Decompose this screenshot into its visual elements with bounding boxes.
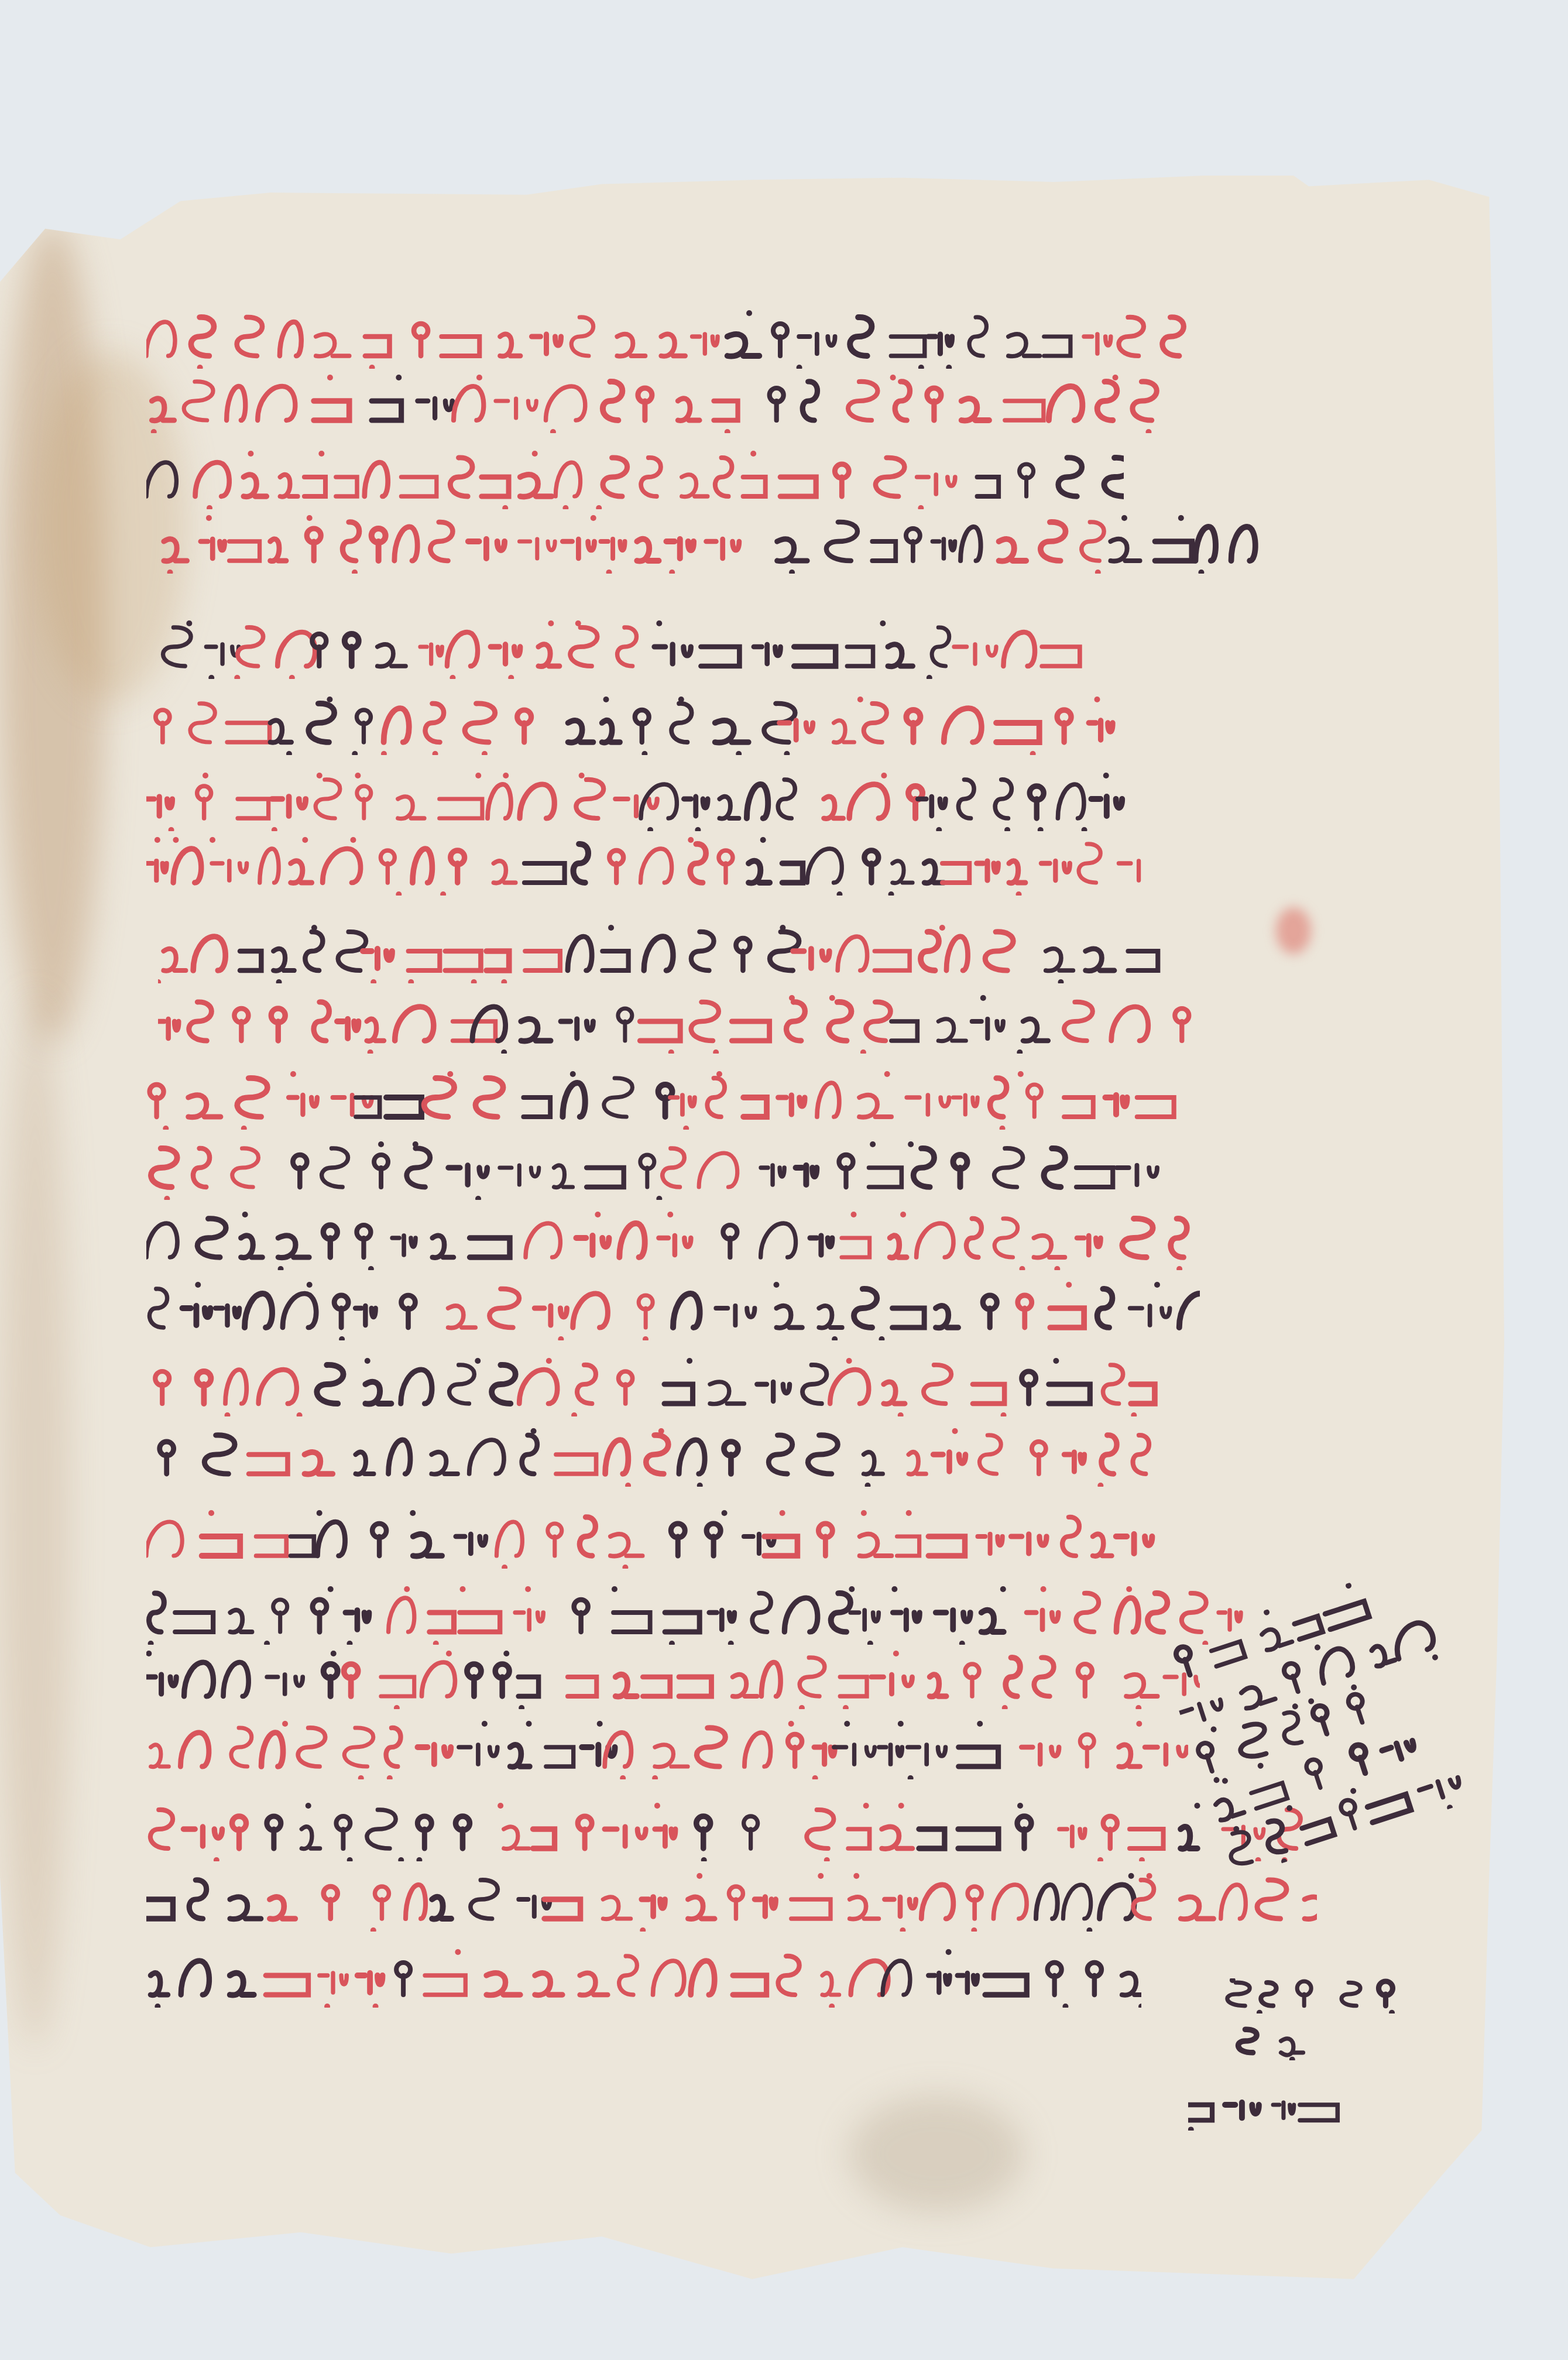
- manuscript-line: [146, 1141, 1171, 1200]
- manuscript-line: [158, 620, 1094, 679]
- marginal-note: [1235, 2025, 1340, 2060]
- manuscript-line: [146, 697, 1135, 755]
- manuscript-line: [146, 1651, 1200, 1709]
- manuscript-line: [146, 1282, 1200, 1340]
- manuscript-line: [158, 925, 1182, 983]
- manuscript-line: [146, 1721, 1188, 1779]
- manuscript-line: [146, 375, 1171, 433]
- manuscript-line: [146, 1358, 1182, 1416]
- manuscript-line: [146, 1803, 1317, 1861]
- manuscript-line: [146, 451, 1124, 509]
- marginal-note: [1188, 2084, 1399, 2131]
- manuscript-line: [146, 1586, 1247, 1645]
- manuscript-line: [146, 1873, 1317, 1932]
- manuscript-line: [146, 773, 1135, 831]
- manuscript-line: [146, 1510, 1176, 1569]
- manuscript-line: [146, 837, 1141, 896]
- manuscript-line: [146, 1071, 1194, 1130]
- manuscript-line: [146, 310, 1188, 369]
- manuscript-line: [146, 1428, 1171, 1487]
- manuscript-line: [158, 995, 1206, 1054]
- manuscript-line: [158, 515, 1270, 574]
- manuscript-line: [146, 1212, 1200, 1270]
- marginal-note: [1223, 1978, 1469, 2013]
- manuscript-line: [146, 1949, 1141, 2008]
